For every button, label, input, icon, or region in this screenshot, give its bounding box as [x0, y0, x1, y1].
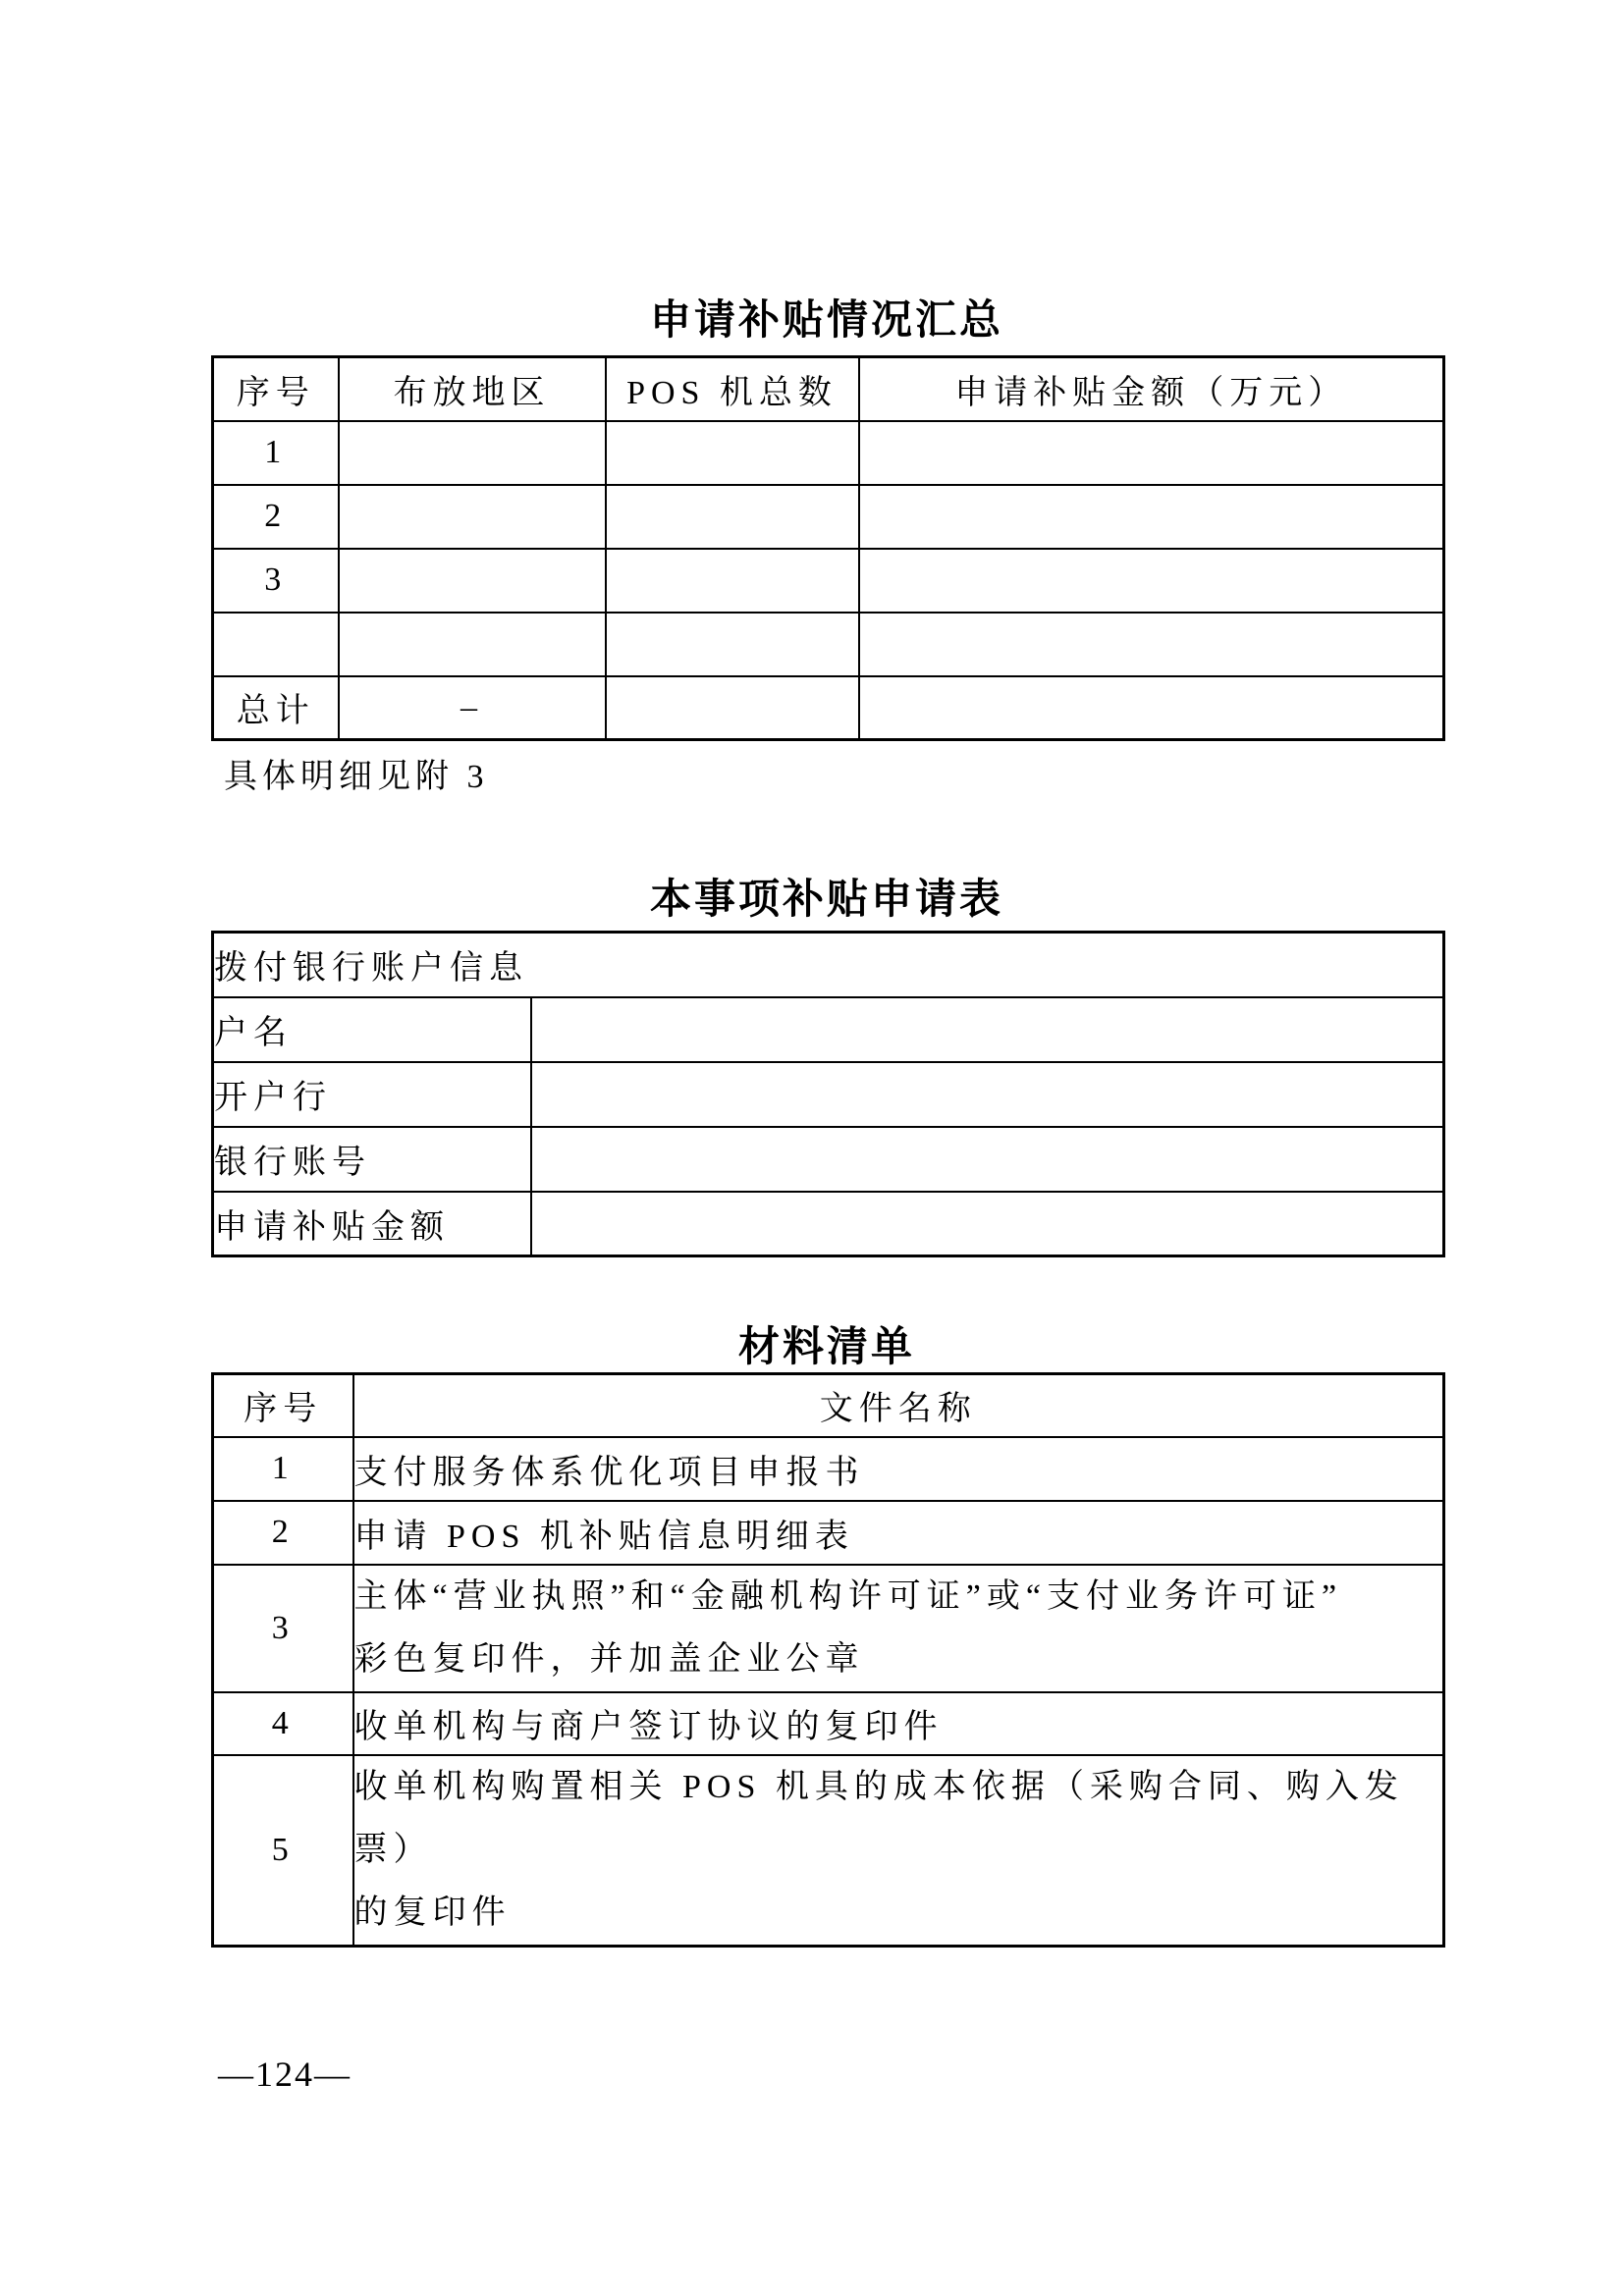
summary-total-row: 总计 – [213, 676, 1444, 740]
materials-table: 序号 文件名称 1 支付服务体系优化项目申报书 2 申请 POS 机补贴信息明细… [211, 1372, 1445, 1948]
materials-header-seq: 序号 [213, 1374, 353, 1437]
table-cell-pos-total [606, 485, 859, 549]
summary-table: 序号 布放地区 POS 机总数 申请补贴金额（万元） 1 2 3 [211, 355, 1445, 741]
table-cell-seq: 2 [213, 485, 339, 549]
material-seq: 3 [213, 1565, 353, 1692]
table-row: 2 [213, 485, 1444, 549]
bank-info-label: 拨付银行账户信息 [213, 933, 1444, 997]
table-cell-pos-total [606, 549, 859, 613]
summary-header-pos-total: POS 机总数 [606, 357, 859, 421]
table-row [213, 613, 1444, 676]
table-cell-seq: 1 [213, 421, 339, 485]
summary-note: 具体明细见附 3 [224, 749, 489, 797]
bank-branch-value [531, 1062, 1444, 1127]
table-cell-pos-total [606, 613, 859, 676]
summary-header-region: 布放地区 [339, 357, 606, 421]
table-row: 申请补贴金额 [213, 1192, 1444, 1256]
materials-header-row: 序号 文件名称 [213, 1374, 1444, 1437]
table-cell-amount [859, 549, 1444, 613]
bank-info-header-row: 拨付银行账户信息 [213, 933, 1444, 997]
summary-header-seq: 序号 [213, 357, 339, 421]
material-name: 主体“营业执照”和“金融机构许可证”或“支付业务许可证” 彩色复印件，并加盖企业… [353, 1565, 1444, 1692]
table-row: 开户行 [213, 1062, 1444, 1127]
table-row: 1 支付服务体系优化项目申报书 [213, 1437, 1444, 1501]
table-cell-amount [859, 613, 1444, 676]
table-cell-region [339, 613, 606, 676]
subsidy-amount-label: 申请补贴金额 [213, 1192, 531, 1256]
total-label-cell: 总计 [213, 676, 339, 740]
material-name: 申请 POS 机补贴信息明细表 [353, 1501, 1444, 1565]
bank-branch-label: 开户行 [213, 1062, 531, 1127]
material-seq: 2 [213, 1501, 353, 1565]
materials-table-title: 材料清单 [211, 1323, 1442, 1370]
table-row: 5 收单机构购置相关 POS 机具的成本依据（采购合同、购入发票） 的复印件 [213, 1755, 1444, 1947]
material-seq: 4 [213, 1692, 353, 1755]
summary-header-amount: 申请补贴金额（万元） [859, 357, 1444, 421]
table-cell-region [339, 421, 606, 485]
material-seq: 5 [213, 1755, 353, 1947]
table-row: 户名 [213, 997, 1444, 1062]
materials-header-filename: 文件名称 [353, 1374, 1444, 1437]
account-name-value [531, 997, 1444, 1062]
table-row: 3 主体“营业执照”和“金融机构许可证”或“支付业务许可证” 彩色复印件，并加盖… [213, 1565, 1444, 1692]
table-row: 银行账号 [213, 1127, 1444, 1192]
application-table-title: 本事项补贴申请表 [211, 876, 1442, 923]
bank-account-value [531, 1127, 1444, 1192]
material-name: 收单机构与商户签订协议的复印件 [353, 1692, 1444, 1755]
table-cell-region [339, 549, 606, 613]
document-page: 申请补贴情况汇总 序号 布放地区 POS 机总数 申请补贴金额（万元） 1 2 … [0, 0, 1624, 2296]
table-cell-pos-total [606, 421, 859, 485]
bank-account-label: 银行账号 [213, 1127, 531, 1192]
total-region-cell: – [339, 676, 606, 740]
application-table: 拨付银行账户信息 户名 开户行 银行账号 申请补贴金额 [211, 931, 1445, 1257]
material-seq: 1 [213, 1437, 353, 1501]
account-name-label: 户名 [213, 997, 531, 1062]
material-name: 收单机构购置相关 POS 机具的成本依据（采购合同、购入发票） 的复印件 [353, 1755, 1444, 1947]
table-row: 1 [213, 421, 1444, 485]
subsidy-amount-value [531, 1192, 1444, 1256]
table-cell-seq [213, 613, 339, 676]
table-row: 4 收单机构与商户签订协议的复印件 [213, 1692, 1444, 1755]
table-cell-seq: 3 [213, 549, 339, 613]
table-cell-region [339, 485, 606, 549]
table-cell-amount [859, 421, 1444, 485]
total-pos-cell [606, 676, 859, 740]
table-row: 3 [213, 549, 1444, 613]
summary-header-row: 序号 布放地区 POS 机总数 申请补贴金额（万元） [213, 357, 1444, 421]
material-name: 支付服务体系优化项目申报书 [353, 1437, 1444, 1501]
table-cell-amount [859, 485, 1444, 549]
table-row: 2 申请 POS 机补贴信息明细表 [213, 1501, 1444, 1565]
page-number: —124— [218, 2054, 352, 2095]
summary-table-title: 申请补贴情况汇总 [211, 296, 1442, 344]
total-amount-cell [859, 676, 1444, 740]
